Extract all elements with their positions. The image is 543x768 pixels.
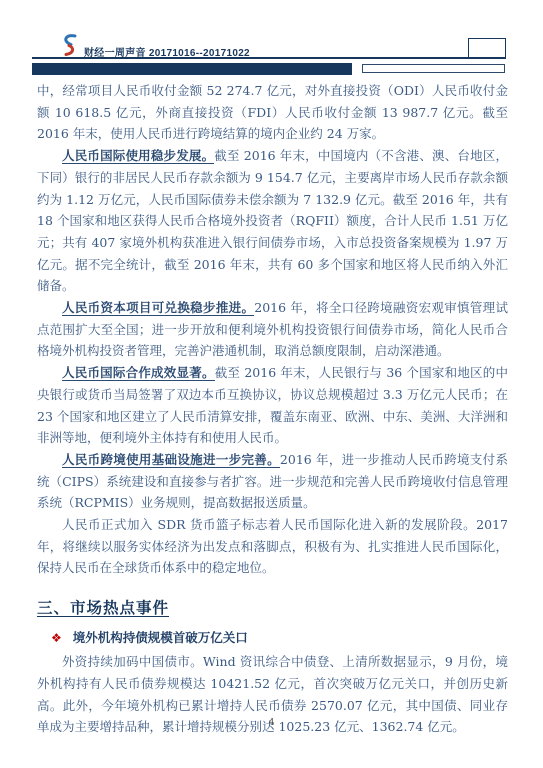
header-outline-tab	[468, 38, 506, 58]
document-page: 财经一周声音 20171016--20171022 中，经常项目人民币收付金额 …	[0, 0, 543, 768]
document-content: 中，经常项目人民币收付金额 52 274.7 亿元，对外直接投资（ODI）人民币…	[37, 80, 508, 738]
paragraph-text: 人民币正式加入 SDR 货币篮子标志着人民币国际化进入新的发展阶段。2017 年…	[37, 517, 508, 575]
section-heading-market-hot-events: 三、市场热点事件	[37, 596, 508, 618]
paragraph-text: 中，经常项目人民币收付金额 52 274.7 亿元，对外直接投资（ODI）人民币…	[37, 83, 508, 141]
paragraph-capital-account: 人民币资本项目可兑换稳步推进。2016 年，将全口径跨境融资宏观审慎管理试点范围…	[37, 297, 508, 362]
header-accent-bar	[32, 63, 352, 75]
s-swoosh-logo-icon	[59, 34, 81, 58]
header-outline-box	[362, 64, 505, 73]
paragraph-lead: 人民币跨境使用基础设施进一步完善。	[62, 452, 280, 468]
diamond-bullet-icon: ❖	[51, 628, 62, 648]
header-rule	[32, 57, 506, 59]
paragraph-lead: 人民币国际合作成效显著。	[62, 365, 215, 381]
paragraph-lead: 人民币资本项目可兑换稳步推进。	[62, 300, 254, 316]
paragraph-sdr: 人民币正式加入 SDR 货币篮子标志着人民币国际化进入新的发展阶段。2017 年…	[37, 514, 508, 579]
paragraph-lead: 人民币国际使用稳步发展。	[62, 148, 214, 164]
paragraph-text: 截至 2016 年末，中国境内（不含港、澳、台地区，下同）银行的非居民人民币存款…	[37, 148, 508, 293]
hot-topic-bullet-row: ❖ 境外机构持债规模首破万亿关口	[51, 628, 508, 648]
page-number: 4	[268, 717, 274, 728]
hot-topic-title: 境外机构持债规模首破万亿关口	[73, 628, 248, 648]
page-footer: 4	[0, 710, 543, 729]
paragraph-intl-use: 人民币国际使用稳步发展。截至 2016 年末，中国境内（不含港、澳、台地区，下同…	[37, 145, 508, 297]
paragraph-intl-cooperation: 人民币国际合作成效显著。截至 2016 年末，人民银行与 36 个国家和地区的中…	[37, 362, 508, 449]
paragraph-infrastructure: 人民币跨境使用基础设施进一步完善。2016 年，进一步推动人民币跨境支付系统（C…	[37, 449, 508, 514]
paragraph-cross-border-settlement: 中，经常项目人民币收付金额 52 274.7 亿元，对外直接投资（ODI）人民币…	[37, 80, 508, 145]
